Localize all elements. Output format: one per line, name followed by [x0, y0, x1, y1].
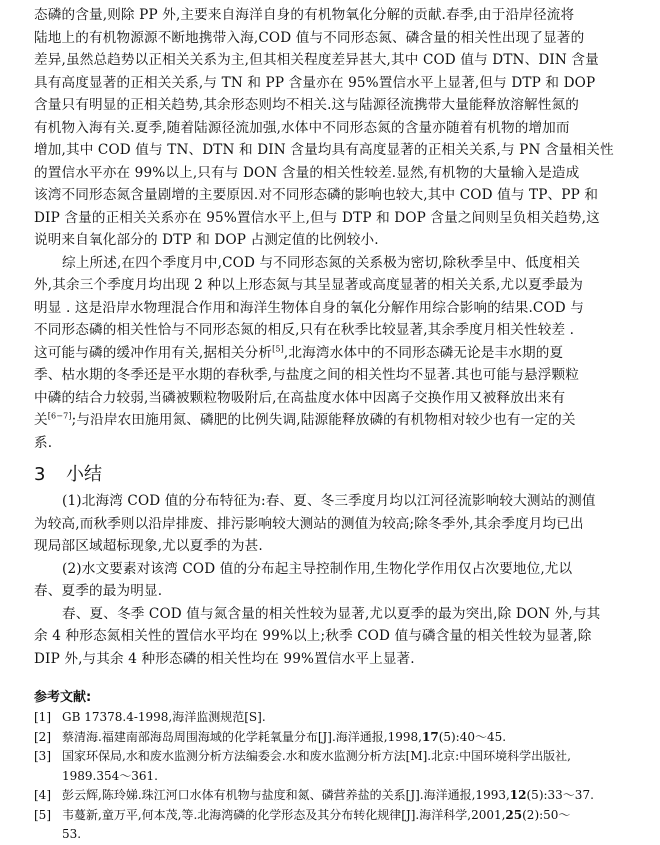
text-line: 陆地上的有机物源源不断地携带入海,COD 值与不同形态氮、磷含量的相关性出现了显… — [34, 27, 628, 50]
reference-segment: (5):33～37. — [527, 788, 594, 802]
text-line: 中磷的结合力较弱,当磷被颗粒物吸附后,在高盐度水体中因离子交换作用又被释放出来有 — [34, 387, 628, 410]
text-segment: ,北海湾水体中的不同形态磷无论是丰水期的夏 — [284, 345, 563, 361]
text-line: (1)北海湾 COD 值的分布特征为:春、夏、冬三季度月均以江河径流影响较大测站… — [34, 490, 628, 513]
section-heading: 3小结 — [34, 462, 628, 488]
text-segment: 关 — [34, 412, 48, 428]
reference-text: 蔡清海.福建南部海岛周围海域的化学耗氧量分布[J].海洋通报,1998,17(5… — [62, 728, 628, 748]
text-line: 说明来自氧化部分的 DTP 和 DOP 占测定值的比例较小. — [34, 229, 628, 252]
paper-page: 态磷的含量,则除 PP 外,主要来自海洋自身的有机物氧化分解的贡献.春季,由于沿… — [34, 4, 628, 845]
references-title: 参考文献: — [34, 688, 628, 708]
citation-link[interactable]: [6−7] — [48, 411, 72, 420]
text-line: 有机物入海有关.夏季,随着陆源径流加强,水体中不同形态氮的含量亦随着有机物的增加… — [34, 117, 628, 140]
reference-number: [5] — [34, 806, 62, 826]
summary-item-2: (2)水文要素对该湾 COD 值的分布起主导控制作用,生物化学作用仅占次要地位,… — [34, 558, 628, 603]
reference-text: 彭云辉,陈玲娣.珠江河口水体有机物与盐度和氮、磷营养盐的关系[J].海洋通报,1… — [62, 786, 628, 806]
reference-segment: (2):50～ — [522, 808, 570, 822]
text-line: 余 4 种形态氮相关性的置信水平均在 99%以上;秋季 COD 值与磷含量的相关… — [34, 625, 628, 648]
reference-text: 国家环保局,水和废水监测分析方法编委会.水和废水监测分析方法[M].北京:中国环… — [62, 747, 628, 767]
text-line: 该湾不同形态氮含量剧增的主要原因.对不同形态磷的影响也较大,其中 COD 值与 … — [34, 184, 628, 207]
text-line: 春、夏、冬季 COD 值与氮含量的相关性较为显著,尤以夏季的最为突出,除 DON… — [34, 603, 628, 626]
text-line: 差异,虽然总趋势以正相关关系为主,但其相关程度差异甚大,其中 COD 值与 DT… — [34, 49, 628, 72]
text-line: 现局部区域超标现象,尤以夏季的为甚. — [34, 535, 628, 558]
section-title: 小结 — [66, 464, 102, 485]
body-paragraph-1: 态磷的含量,则除 PP 外,主要来自海洋自身的有机物氧化分解的贡献.春季,由于沿… — [34, 4, 628, 252]
text-line: DIP 含量的正相关关系亦在 95%置信水平上,但与 DTP 和 DOP 含量之… — [34, 207, 628, 230]
section-number: 3 — [34, 462, 66, 488]
reference-segment: (5):40～45. — [439, 730, 506, 744]
text-line: 具有高度显著的正相关关系,与 TN 和 PP 含量亦在 95%置信水平上显著,但… — [34, 72, 628, 95]
body-paragraph-2: 综上所述,在四个季度月中,COD 与不同形态氮的关系极为密切,除秋季呈中、低度相… — [34, 252, 628, 455]
text-segment: ;与沿岸农田施用氮、磷肥的比例失调,陆源能释放磷的有机物相对较少也有一定的关 — [72, 412, 576, 428]
reference-segment: 韦蔓新,童万平,何本茂,等.北海湾磷的化学形态及其分布转化规律[J].海洋科学,… — [62, 808, 505, 822]
reference-segment: GB 17378.4-1998,海洋监测规范[S]. — [62, 710, 266, 724]
text-segment: 这可能与磷的缓冲作用有关,据相关分析 — [34, 345, 272, 361]
reference-item: [1] GB 17378.4-1998,海洋监测规范[S]. — [34, 708, 628, 728]
reference-number: [3] — [34, 747, 62, 767]
text-line: 季、枯水期的冬季还是平水期的春秋季,与盐度之间的相关性均不显著.其也可能与悬浮颗… — [34, 364, 628, 387]
text-line: 外,其余三个季度月均出现 2 种以上形态氮与其呈显著或高度显著的相关关系,尤以夏… — [34, 274, 628, 297]
reference-number: [4] — [34, 786, 62, 806]
reference-volume: 17 — [422, 730, 439, 744]
reference-text: 韦蔓新,童万平,何本茂,等.北海湾磷的化学形态及其分布转化规律[J].海洋科学,… — [62, 806, 628, 826]
text-line: 含量只有明显的正相关趋势,其余形态则均不相关.这与陆源径流携带大量能释放溶解性氮… — [34, 94, 628, 117]
text-line: 这可能与磷的缓冲作用有关,据相关分析[5],北海湾水体中的不同形态磷无论是丰水期… — [34, 342, 628, 365]
text-line: 综上所述,在四个季度月中,COD 与不同形态氮的关系极为密切,除秋季呈中、低度相… — [34, 252, 628, 275]
text-line: 的置信水平亦在 99%以上,只有与 DON 含量的相关性较差.显然,有机物的大量… — [34, 162, 628, 185]
text-line: 增加,其中 COD 值与 TN、DTN 和 DIN 含量均具有高度显著的正相关关… — [34, 139, 628, 162]
text-line: (2)水文要素对该湾 COD 值的分布起主导控制作用,生物化学作用仅占次要地位,… — [34, 558, 628, 581]
reference-number: [2] — [34, 728, 62, 748]
reference-segment: 蔡清海.福建南部海岛周围海域的化学耗氧量分布[J].海洋通报,1998, — [62, 730, 422, 744]
text-line: 系. — [34, 432, 628, 455]
reference-text: GB 17378.4-1998,海洋监测规范[S]. — [62, 708, 628, 728]
reference-item: [2] 蔡清海.福建南部海岛周围海域的化学耗氧量分布[J].海洋通报,1998,… — [34, 728, 628, 748]
reference-number: [1] — [34, 708, 62, 728]
reference-item: [5] 韦蔓新,童万平,何本茂,等.北海湾磷的化学形态及其分布转化规律[J].海… — [34, 806, 628, 826]
text-line: 为较高,而秋季则以沿岸排废、排污影响较大测站的测值为较高;除冬季外,其余季度月均… — [34, 513, 628, 536]
text-line: 春、夏季的最为明显. — [34, 580, 628, 603]
text-line: 关[6−7];与沿岸农田施用氮、磷肥的比例失调,陆源能释放磷的有机物相对较少也有… — [34, 409, 628, 432]
reference-continuation: 53. — [34, 825, 628, 845]
text-line: 不同形态磷的相关性恰与不同形态氮的相反,只有在秋季比较显著,其余季度月相关性较差… — [34, 319, 628, 342]
reference-continuation: 1989.354～361. — [34, 767, 628, 787]
reference-segment: 国家环保局,水和废水监测分析方法编委会.水和废水监测分析方法[M].北京:中国环… — [62, 749, 571, 763]
reference-volume: 25 — [505, 808, 522, 822]
reference-volume: 12 — [510, 788, 527, 802]
reference-item: [3] 国家环保局,水和废水监测分析方法编委会.水和废水监测分析方法[M].北京… — [34, 747, 628, 767]
references-list: [1] GB 17378.4-1998,海洋监测规范[S]. [2] 蔡清海.福… — [34, 708, 628, 845]
summary-item-1: (1)北海湾 COD 值的分布特征为:春、夏、冬三季度月均以江河径流影响较大测站… — [34, 490, 628, 558]
text-line: 态磷的含量,则除 PP 外,主要来自海洋自身的有机物氧化分解的贡献.春季,由于沿… — [34, 4, 628, 27]
citation-link[interactable]: [5] — [272, 344, 284, 353]
text-line: 明显 . 这是沿岸水物理混合作用和海洋生物体自身的氧化分解作用综合影响的结果.C… — [34, 297, 628, 320]
summary-item-3: 春、夏、冬季 COD 值与氮含量的相关性较为显著,尤以夏季的最为突出,除 DON… — [34, 603, 628, 671]
text-line: DIP 外,与其余 4 种形态磷的相关性均在 99%置信水平上显著. — [34, 648, 628, 671]
reference-item: [4] 彭云辉,陈玲娣.珠江河口水体有机物与盐度和氮、磷营养盐的关系[J].海洋… — [34, 786, 628, 806]
reference-segment: 彭云辉,陈玲娣.珠江河口水体有机物与盐度和氮、磷营养盐的关系[J].海洋通报,1… — [62, 788, 510, 802]
